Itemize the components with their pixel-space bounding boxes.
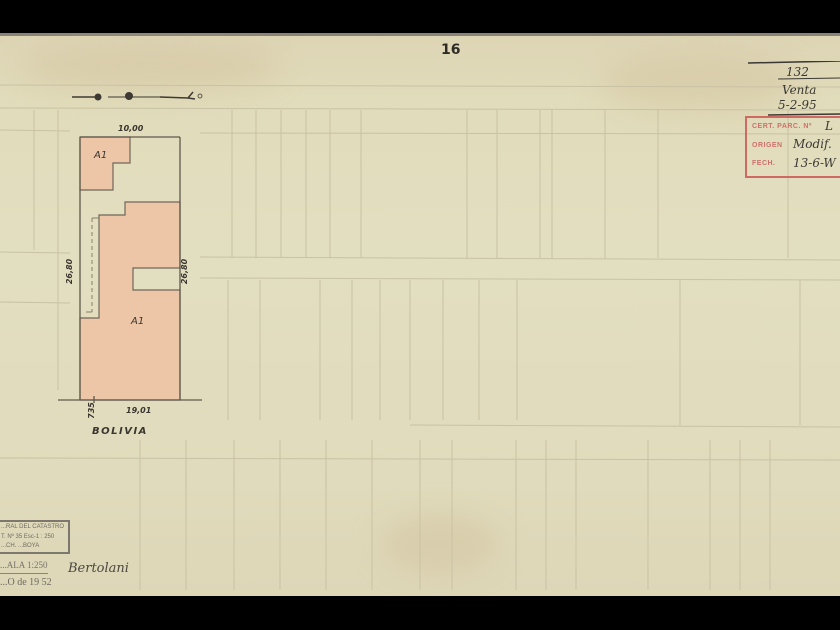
stamp-value-origin: Modif. <box>793 137 832 151</box>
note-number: 132 <box>786 65 809 79</box>
scale-label: ...ALA 1:250 <box>0 560 48 570</box>
note-type: Venta <box>782 83 816 97</box>
catastro-stamp-line2: T. Nº 35 Esc-1 : 250 <box>1 534 54 540</box>
stamp-value-date: 13-6-W <box>793 156 836 170</box>
street-name: BOLIVIA <box>92 426 148 437</box>
front-width-dimension: 10,00 <box>118 124 143 133</box>
orientation-arrow <box>72 92 202 100</box>
cadastral-sheet: 16 132 Venta 5-2-95 CERT. PARC. Nº L ORI… <box>0 33 840 596</box>
origin-stamp: CERT. PARC. Nº L ORIGEN Modif. FECH. 13-… <box>745 116 840 178</box>
right-depth-dimension: 26,80 <box>180 259 189 284</box>
stamp-label-origin: ORIGEN <box>752 142 783 149</box>
signature: Bertolani <box>68 561 129 576</box>
scale-rule <box>0 573 48 574</box>
left-depth-dimension: 26,80 <box>65 259 74 284</box>
street-frontage-dimension: 19,01 <box>126 406 151 415</box>
stamp-value-cert: L <box>825 119 833 133</box>
year-label: ...O de 19 52 <box>0 577 52 588</box>
stamp-label-date: FECH. <box>752 160 776 167</box>
stamp-label-cert: CERT. PARC. Nº <box>752 123 812 130</box>
catastro-stamp-line1: ...RAL DEL CATASTRO <box>1 524 64 530</box>
building-footprints <box>80 137 180 400</box>
plan-drawing <box>0 33 840 596</box>
note-date: 5-2-95 <box>778 98 817 112</box>
building-label-main: A1 <box>131 316 144 327</box>
building-label-upper: A1 <box>94 150 107 161</box>
page-number: 16 <box>441 42 460 58</box>
house-number: 735 <box>87 402 96 419</box>
catastro-stamp: ...RAL DEL CATASTRO T. Nº 35 Esc-1 : 250… <box>0 520 70 554</box>
document-viewer: 16 132 Venta 5-2-95 CERT. PARC. Nº L ORI… <box>0 0 840 630</box>
catastro-stamp-line3: ...CH. ...BOYA <box>1 543 39 549</box>
